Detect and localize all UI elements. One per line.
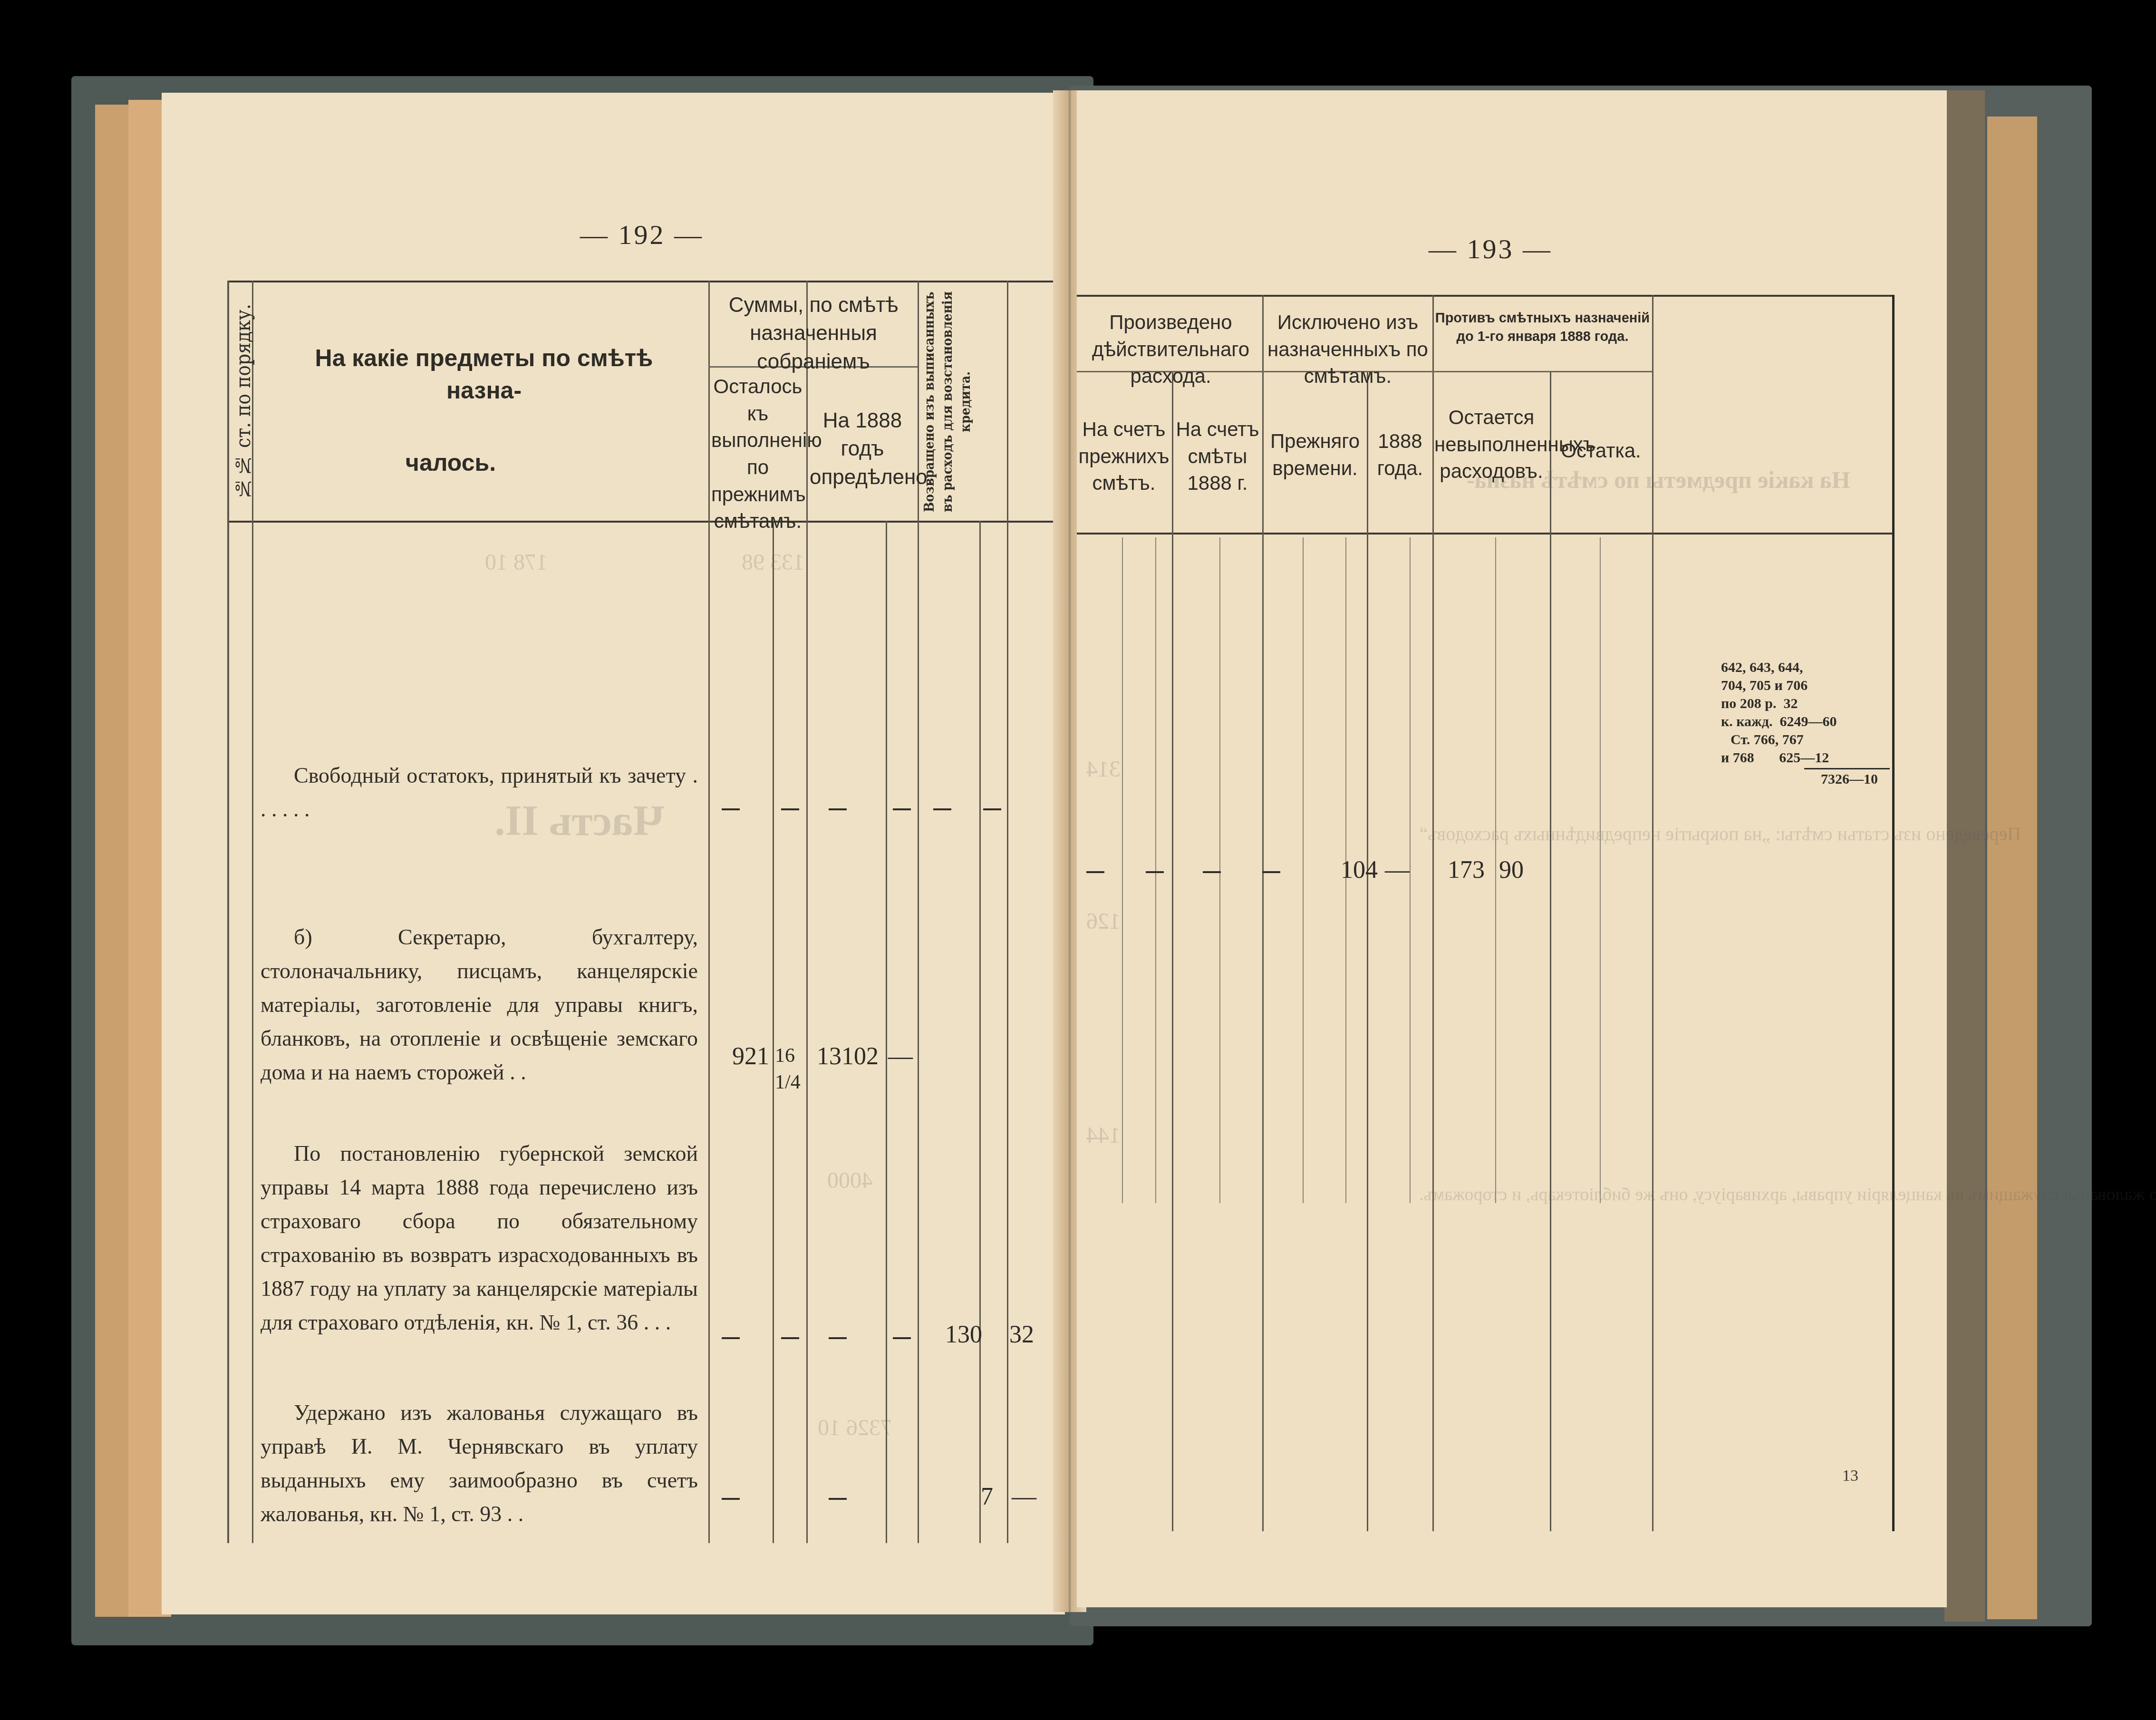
col-divider bbox=[979, 521, 981, 1543]
header-actual-group: Произведено дѣйствительнаго расхода. bbox=[1082, 309, 1260, 390]
row-3-returned-rub: 130 bbox=[945, 1321, 982, 1349]
col-divider bbox=[1172, 371, 1173, 1531]
left-ledger-table: №№ ст. по порядку. На какіе предметы по … bbox=[227, 281, 1054, 1543]
row-3-dash bbox=[781, 1337, 799, 1339]
row-4-dash bbox=[722, 1498, 740, 1500]
header-excluded-group: Исключено изъ назначенныхъ по смѣтамъ. bbox=[1265, 309, 1431, 390]
col-divider bbox=[708, 281, 710, 1543]
note-articles-line6: и 768 625—12 bbox=[1721, 749, 1829, 767]
row-1-dash bbox=[983, 808, 1001, 810]
col-divider bbox=[1367, 371, 1368, 1531]
row-1-dash bbox=[1262, 871, 1280, 873]
row-4-dash bbox=[829, 1498, 847, 1500]
col-divider bbox=[886, 521, 887, 1543]
right-page: — 193 — На какіе предметы по смѣтѣ назна… bbox=[1077, 90, 1947, 1607]
row-1-excluded-prev-rub: 104 bbox=[1341, 856, 1378, 884]
header-excluded-1888: 1888 года. bbox=[1369, 428, 1431, 482]
right-ledger-table: Произведено дѣйствительнаго расхода. На … bbox=[1077, 295, 1895, 1531]
header-sums-1888: На 1888 годъ опредѣлено. bbox=[810, 407, 915, 491]
note-total: 7326—10 bbox=[1821, 770, 1878, 788]
row-3-dash bbox=[829, 1337, 847, 1339]
col-rule bbox=[1122, 537, 1123, 1203]
row-1-excluded-prev-kop: — bbox=[1385, 856, 1410, 884]
col-rule bbox=[1410, 537, 1411, 1203]
row-1-dash bbox=[933, 808, 951, 810]
header-actual-1888: На счетъ смѣты 1888 г. bbox=[1174, 416, 1261, 497]
row-1-dash bbox=[1146, 871, 1164, 873]
col-divider bbox=[1652, 295, 1653, 1531]
row-4-description: Удержано изъ жалованья служащаго въ упра… bbox=[261, 1396, 698, 1531]
header-actual-prev: На счетъ прежнихъ смѣтъ. bbox=[1077, 416, 1171, 497]
col-rule bbox=[1600, 537, 1601, 1203]
header-against-group: Противъ смѣтныхъ назначеній до 1-го янва… bbox=[1434, 309, 1651, 346]
header-bottom-rule bbox=[1077, 533, 1895, 534]
row-2-assigned-1888-rub: 13102 bbox=[817, 1042, 879, 1070]
page-number-192: — 192 — bbox=[580, 219, 704, 251]
row-2-remaining-rub: 921 bbox=[732, 1042, 769, 1070]
row-4-returned-rub: 7 bbox=[981, 1483, 993, 1511]
header-row-number: №№ ст. по порядку. bbox=[230, 285, 251, 518]
header-item-title-2: чалось. bbox=[379, 447, 522, 479]
row-3-returned-kop: 32 bbox=[1009, 1321, 1034, 1349]
header-against-unfulfilled: Остается невыполненныхъ расходовъ. bbox=[1434, 404, 1548, 485]
row-2-assigned-1888-kop: — bbox=[888, 1042, 913, 1070]
row-1-dash bbox=[829, 808, 847, 810]
row-3-description: По постановленію губернской земской упра… bbox=[261, 1137, 698, 1339]
col-divider bbox=[1432, 295, 1434, 1531]
col-divider bbox=[806, 281, 808, 1543]
right-page-stack bbox=[1944, 90, 1985, 1622]
col-rule bbox=[1155, 537, 1156, 1203]
note-articles-line2: 704, 705 и 706 bbox=[1721, 677, 1808, 695]
signature-mark: 13 bbox=[1842, 1467, 1858, 1485]
col-divider bbox=[1550, 371, 1551, 1531]
header-item-title-1: На какіе предметы по смѣтѣ назна- bbox=[280, 342, 688, 407]
note-articles-line5: Ст. 766, 767 bbox=[1731, 731, 1804, 749]
row-1-description: Свободный остатокъ, принятый къ зачету .… bbox=[261, 758, 698, 826]
row-1-excluded-1888-kop: 90 bbox=[1499, 856, 1524, 884]
row-3-dash bbox=[893, 1337, 911, 1339]
col-divider bbox=[1892, 295, 1895, 1531]
header-sums-group: Суммы, по смѣтѣ назначенныя собраніемъ bbox=[711, 291, 916, 376]
table-top-rule bbox=[1077, 295, 1895, 297]
row-2-remaining-kop: 16 1/4 bbox=[775, 1042, 805, 1096]
header-returned: Возвращено изъ выписанныхъ въ расходъ дл… bbox=[920, 288, 1005, 516]
col-divider bbox=[1262, 295, 1264, 1531]
row-1-excluded-1888-rub: 173 bbox=[1448, 856, 1485, 884]
col-divider bbox=[1007, 281, 1008, 1543]
row-1-dash bbox=[1086, 871, 1104, 873]
note-articles-line1: 642, 643, 644, bbox=[1721, 659, 1803, 677]
row-1-dash bbox=[893, 808, 911, 810]
header-bottom-rule bbox=[227, 521, 1054, 523]
col-divider bbox=[227, 281, 229, 1543]
col-rule bbox=[1303, 537, 1304, 1203]
note-articles-line3: по 208 р. 32 bbox=[1721, 695, 1798, 713]
note-articles-line4: к. кажд. 6249—60 bbox=[1721, 713, 1837, 731]
row-2-description: б) Секретарю, бухгалтеру, столоначальник… bbox=[261, 920, 698, 1089]
right-page-edge bbox=[1987, 117, 2037, 1619]
page-number-193: — 193 — bbox=[1429, 233, 1552, 265]
row-1-dash bbox=[1203, 871, 1221, 873]
row-1-dash bbox=[781, 808, 799, 810]
header-excluded-prev: Прежняго времени. bbox=[1265, 428, 1365, 482]
col-rule bbox=[1219, 537, 1220, 1203]
col-divider bbox=[773, 521, 774, 1543]
left-page: — 192 — 178 10 133 98 Часть II. 4000 732… bbox=[162, 93, 1065, 1614]
row-4-returned-kop: — bbox=[1012, 1483, 1036, 1511]
note-sum-rule bbox=[1804, 768, 1890, 769]
row-1-dash bbox=[722, 808, 740, 810]
header-against-remainder: Остатка. bbox=[1552, 437, 1650, 465]
table-top-rule bbox=[227, 281, 1054, 282]
header-sums-remaining: Осталось къ выполненію по прежнимъ смѣта… bbox=[711, 373, 804, 535]
row-3-dash bbox=[722, 1337, 740, 1339]
col-rule bbox=[1495, 537, 1496, 1203]
